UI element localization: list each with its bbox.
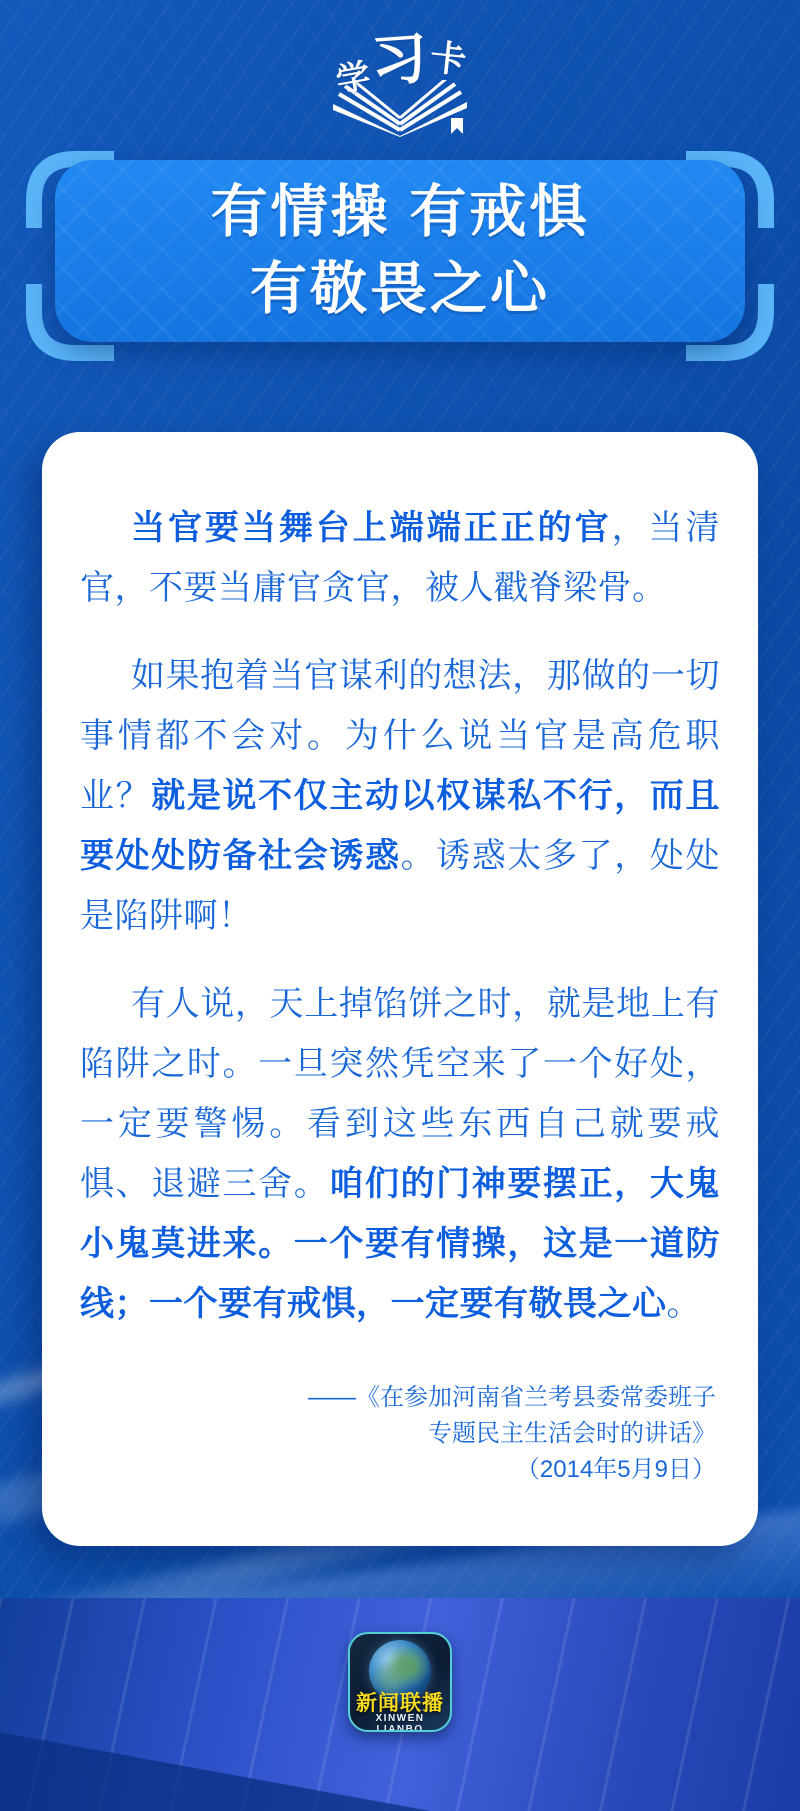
quote-text-segment: 。 [667,1285,702,1323]
quote-attribution: ——《在参加河南省兰考县委常委班子 专题民主生活会时的讲话》 （2014年5月9… [80,1380,720,1488]
quote-card: 当官要当舞台上端端正正的官，当清官，不要当庸官贪官，被人戳脊梁骨。 如果抱着当官… [42,432,758,1546]
badge-subtitle: XINWEN LIANBO [350,1713,450,1732]
page-title-line-1: 有情操 有戒惧 [211,174,590,251]
xinwen-lianbo-badge: 新闻联播 XINWEN LIANBO [348,1632,452,1732]
logo-char: 卡 [428,29,469,83]
quote-paragraph: 如果抱着当官谋利的想法，那做的一切事情都不会对。为什么说当官是高危职业？就是说不… [80,646,720,946]
quote-text-segment: 当官要当舞台上端端正正的官 [131,509,612,547]
quote-paragraph: 当官要当舞台上端端正正的官，当清官，不要当庸官贪官，被人戳脊梁骨。 [80,498,720,618]
logo-char: 习 [368,14,429,98]
attribution-line-2: 专题民主生活会时的讲话》 [80,1416,716,1452]
attribution-line-3: （2014年5月9日） [80,1452,716,1488]
logo-char: 学 [332,48,374,102]
title-plate: 有情操 有戒惧 有敬畏之心 [55,160,745,342]
quote-paragraph: 有人说，天上掉馅饼之时，就是地上有陷阱之时。一旦突然凭空来了一个好处，一定要警惕… [80,974,720,1334]
page-title-line-2: 有敬畏之心 [250,251,550,328]
study-card-logo: 学 习 卡 [0,16,800,138]
attribution-line-1: ——《在参加河南省兰考县委常委班子 [80,1380,716,1416]
